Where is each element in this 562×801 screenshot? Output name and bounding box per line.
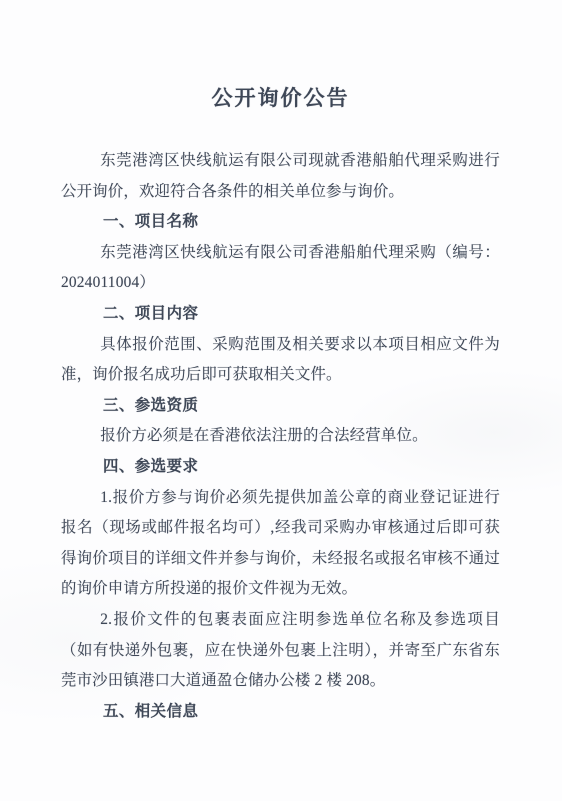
- section-4-item-1-paragraph: 1.报价方参与询价必须先提供加盖公章的商业登记证进行报名（现场或邮件报名均可）,…: [61, 483, 500, 605]
- section-4-item-2-paragraph: 2.报价文件的包裹表面应注明参选单位名称及参选项目（如有快递外包裹，应在快递外包…: [61, 605, 500, 697]
- section-2-paragraph: 具体报价范围、采购范围及相关要求以本项目相应文件为准，询价报名成功后即可获取相关…: [61, 330, 500, 391]
- document-title: 公开询价公告: [61, 85, 500, 111]
- section-4-heading: 四、参选要求: [61, 452, 500, 483]
- intro-paragraph: 东莞港湾区快线航运有限公司现就香港船舶代理采购进行公开询价，欢迎符合各条件的相关…: [61, 146, 500, 207]
- section-1-paragraph: 东莞港湾区快线航运有限公司香港船舶代理采购（编号：2024011004）: [61, 238, 500, 299]
- section-2-heading: 二、项目内容: [61, 299, 500, 330]
- section-3-paragraph: 报价方必须是在香港依法注册的合法经营单位。: [61, 421, 500, 452]
- section-1-heading: 一、项目名称: [61, 207, 500, 238]
- section-3-heading: 三、参选资质: [61, 391, 500, 422]
- document-page: 公开询价公告 东莞港湾区快线航运有限公司现就香港船舶代理采购进行公开询价，欢迎符…: [0, 0, 562, 801]
- section-5-heading: 五、相关信息: [61, 697, 500, 728]
